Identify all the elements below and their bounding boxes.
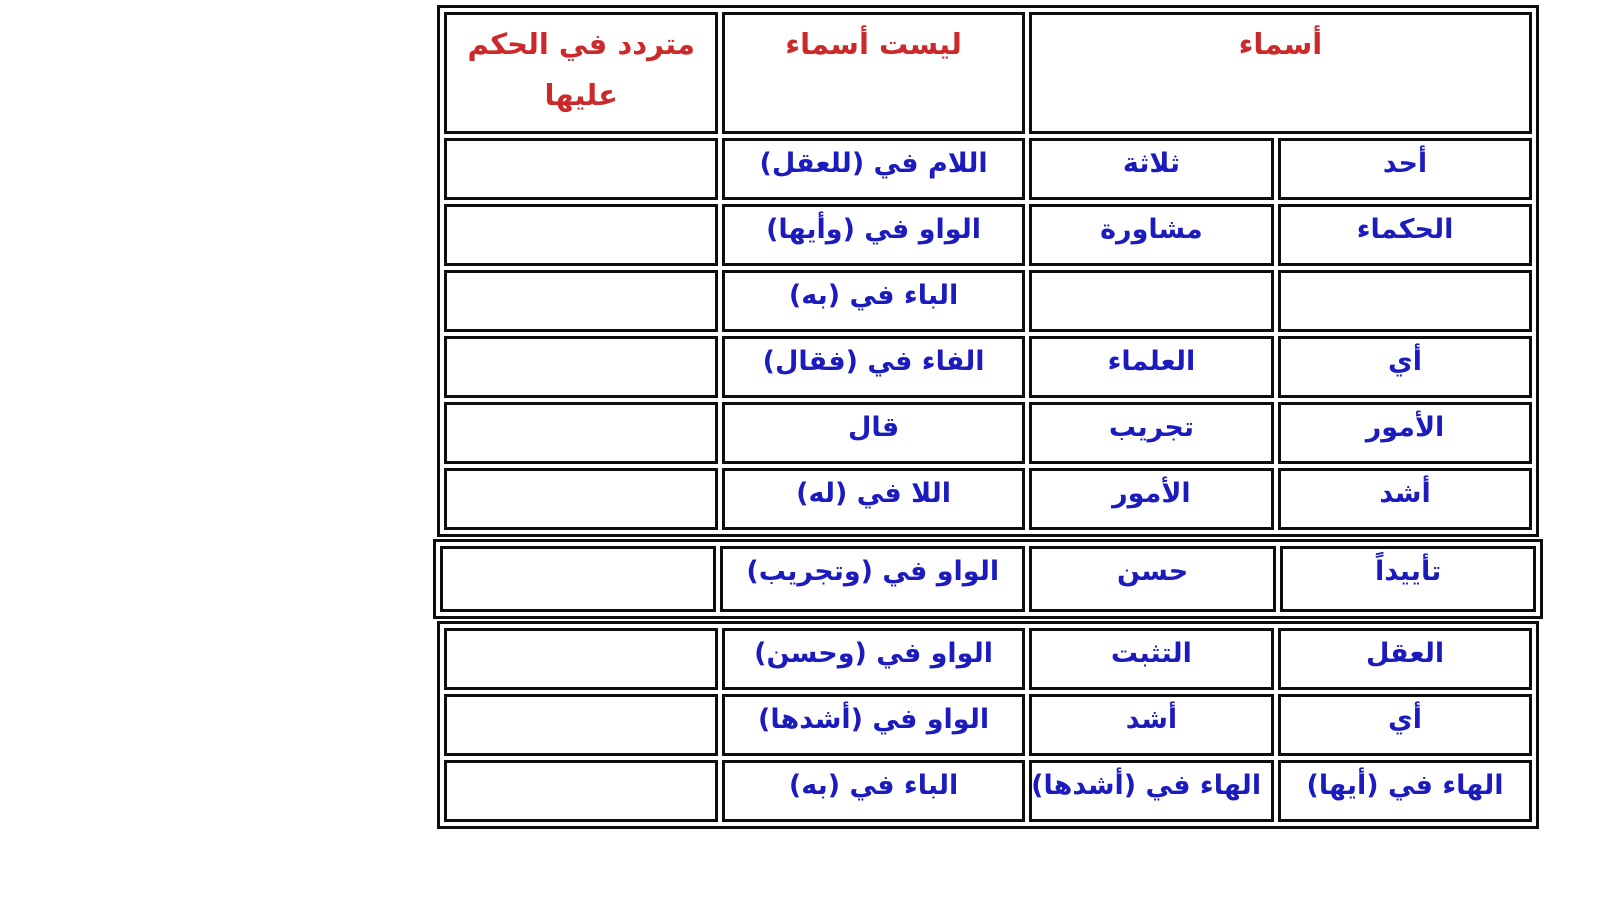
cell-names-a: أي (1278, 336, 1532, 398)
table-row: الحكماء مشاورة الواو في (وأيها) (444, 204, 1532, 266)
cell-hesitant (444, 204, 718, 266)
table-row: العقل التثبت الواو في (وحسن) (444, 628, 1532, 690)
cell-names-b: ثلاثة (1029, 138, 1274, 200)
table-section-middle: تأييداً حسن الواو في (وتجريب) (437, 539, 1541, 619)
table-row: أي أشد الواو في (أشدها) (444, 694, 1532, 756)
cell-names-a (1278, 270, 1532, 332)
cell-names-b (1029, 270, 1274, 332)
cell-not-names: الواو في (وأيها) (722, 204, 1024, 266)
cell-hesitant (444, 694, 718, 756)
cell-names-b: الأمور (1029, 468, 1274, 530)
header-cell-not-names: ليست أسماء (722, 12, 1024, 134)
cell-names-b: أشد (1029, 694, 1274, 756)
header-row: أسماء ليست أسماء متردد في الحكم عليها (444, 12, 1532, 134)
cell-not-names: الباء في (به) (722, 270, 1024, 332)
scanned-document-page: أسماء ليست أسماء متردد في الحكم عليها أح… (0, 0, 1600, 900)
cell-names-b: تجريب (1029, 402, 1274, 464)
cell-not-names: الواو في (وحسن) (722, 628, 1024, 690)
cell-names-b: التثبت (1029, 628, 1274, 690)
arabic-grammar-table: أسماء ليست أسماء متردد في الحكم عليها أح… (437, 5, 1541, 829)
cell-hesitant (444, 270, 718, 332)
cell-names-b: العلماء (1029, 336, 1274, 398)
table-row: تأييداً حسن الواو في (وتجريب) (440, 546, 1536, 612)
cell-names-a: الأمور (1278, 402, 1532, 464)
cell-names-b: الهاء في (أشدها) (1029, 760, 1274, 822)
cell-not-names: الواو في (أشدها) (722, 694, 1024, 756)
header-cell-hesitant: متردد في الحكم عليها (444, 12, 718, 134)
table-row: الهاء في (أيها) الهاء في (أشدها) الباء ف… (444, 760, 1532, 822)
table-row: الأمور تجريب قال (444, 402, 1532, 464)
cell-names-a: أشد (1278, 468, 1532, 530)
cell-names-a: الهاء في (أيها) (1278, 760, 1532, 822)
table-row: الباء في (به) (444, 270, 1532, 332)
table-row: أشد الأمور اللا في (له) (444, 468, 1532, 530)
cell-not-names: اللا في (له) (722, 468, 1024, 530)
cell-not-names: الواو في (وتجريب) (720, 546, 1025, 612)
table-middle: تأييداً حسن الواو في (وتجريب) (433, 539, 1543, 619)
cell-not-names: الباء في (به) (722, 760, 1024, 822)
table-row: أي العلماء الفاء في (فقال) (444, 336, 1532, 398)
cell-not-names: قال (722, 402, 1024, 464)
cell-hesitant (444, 336, 718, 398)
cell-hesitant (444, 138, 718, 200)
table-bottom: العقل التثبت الواو في (وحسن) أي أشد الوا… (437, 621, 1539, 829)
cell-names-a: الحكماء (1278, 204, 1532, 266)
cell-names-a: أي (1278, 694, 1532, 756)
cell-hesitant (444, 468, 718, 530)
cell-hesitant (444, 402, 718, 464)
table-section-bottom: العقل التثبت الواو في (وحسن) أي أشد الوا… (437, 621, 1541, 829)
cell-hesitant (444, 760, 718, 822)
cell-names-a: أحد (1278, 138, 1532, 200)
cell-names-b: مشاورة (1029, 204, 1274, 266)
table-row: أحد ثلاثة اللام في (للعقل) (444, 138, 1532, 200)
cell-names-a: تأييداً (1280, 546, 1536, 612)
cell-names-b: حسن (1029, 546, 1276, 612)
table-top: أسماء ليست أسماء متردد في الحكم عليها أح… (437, 5, 1539, 537)
table-section-top: أسماء ليست أسماء متردد في الحكم عليها أح… (437, 5, 1541, 537)
header-cell-names: أسماء (1029, 12, 1532, 134)
cell-hesitant (440, 546, 716, 612)
cell-not-names: اللام في (للعقل) (722, 138, 1024, 200)
cell-names-a: العقل (1278, 628, 1532, 690)
cell-hesitant (444, 628, 718, 690)
cell-not-names: الفاء في (فقال) (722, 336, 1024, 398)
